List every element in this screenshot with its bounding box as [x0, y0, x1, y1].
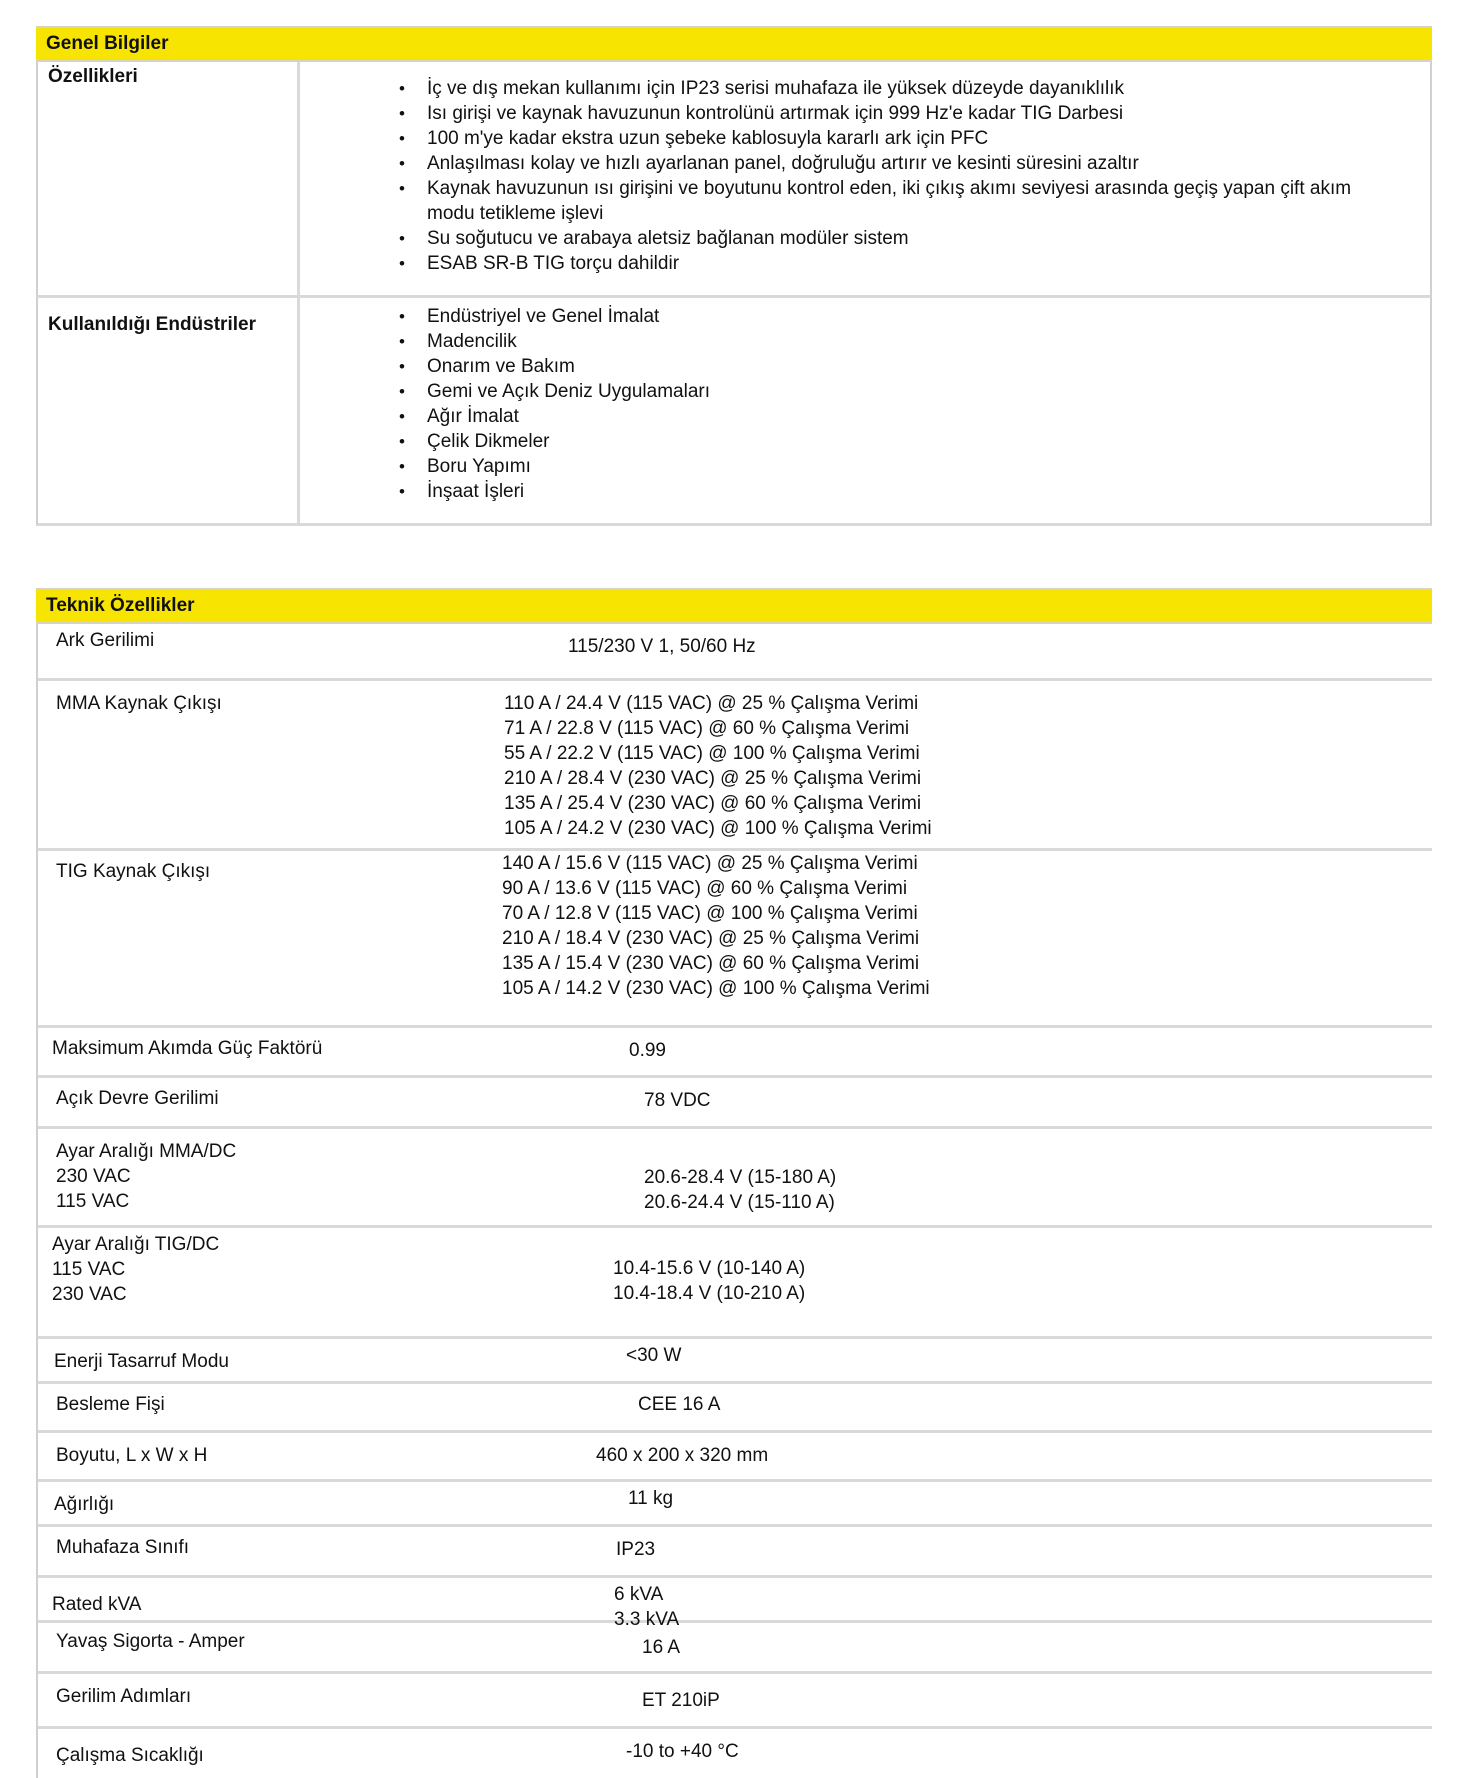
spec-value: 16 A	[642, 1635, 680, 1660]
spec-label: Çalışma Sıcaklığı	[56, 1743, 204, 1768]
spec-value-line: 140 A / 15.6 V (115 VAC) @ 25 % Çalışma …	[502, 851, 930, 876]
spec-value-line: 135 A / 15.4 V (230 VAC) @ 60 % Çalışma …	[502, 951, 930, 976]
spec-row: Ayar Aralığı TIG/DC115 VAC230 VAC10.4-15…	[38, 1228, 1432, 1339]
list-item: Çelik Dikmeler	[399, 429, 1400, 454]
specs-table: Ark Gerilimi115/230 V 1, 50/60 HzMMA Kay…	[36, 624, 1432, 1778]
spec-value-line: 6 kVA	[614, 1582, 679, 1607]
spec-label: Besleme Fişi	[56, 1392, 165, 1417]
spec-row: Rated kVA6 kVA3.3 kVA	[38, 1578, 1432, 1623]
spec-row: Enerji Tasarruf Modu<30 W	[38, 1339, 1432, 1384]
spec-value: 115/230 V 1, 50/60 Hz	[568, 634, 756, 659]
industries-label: Kullanıldığı Endüstriler	[48, 314, 256, 336]
spec-row: MMA Kaynak Çıkışı110 A / 24.4 V (115 VAC…	[38, 681, 1432, 851]
spec-row: Maksimum Akımda Güç Faktörü0.99	[38, 1028, 1432, 1078]
spec-value-line: 135 A / 25.4 V (230 VAC) @ 60 % Çalışma …	[504, 791, 932, 816]
spec-row: Yavaş Sigorta - Amper16 A	[38, 1623, 1432, 1674]
spec-label: Enerji Tasarruf Modu	[54, 1349, 229, 1374]
list-item: Gemi ve Açık Deniz Uygulamaları	[399, 379, 1400, 404]
spec-value: CEE 16 A	[638, 1392, 720, 1417]
spec-value-line: 20.6-24.4 V (15-110 A)	[644, 1190, 836, 1215]
spec-row: Gerilim AdımlarıET 210iP	[38, 1674, 1432, 1729]
spec-label-line: Çalışma Sıcaklığı	[56, 1743, 204, 1768]
spec-value: IP23	[616, 1537, 655, 1562]
spec-label-line: Maksimum Akımda Güç Faktörü	[52, 1036, 322, 1061]
spec-row: Açık Devre Gerilimi78 VDC	[38, 1078, 1432, 1129]
spec-row: Ağırlığı11 kg	[38, 1482, 1432, 1527]
spec-row: Ark Gerilimi115/230 V 1, 50/60 Hz	[38, 624, 1432, 681]
spec-value: 78 VDC	[644, 1088, 711, 1113]
spec-value-line: 110 A / 24.4 V (115 VAC) @ 25 % Çalışma …	[504, 691, 932, 716]
spec-value-line: 10.4-15.6 V (10-140 A)	[613, 1256, 805, 1281]
spec-label-line: TIG Kaynak Çıkışı	[56, 859, 210, 884]
spec-value-line: <30 W	[626, 1343, 681, 1368]
spec-label: Ayar Aralığı TIG/DC115 VAC230 VAC	[52, 1232, 219, 1307]
spec-value-line: 210 A / 28.4 V (230 VAC) @ 25 % Çalışma …	[504, 766, 932, 791]
spec-label-line: Yavaş Sigorta - Amper	[56, 1629, 245, 1654]
spec-value: 0.99	[629, 1038, 666, 1063]
general-info-section: Genel Bilgiler Özellikleri İç ve dış mek…	[36, 26, 1432, 526]
spec-label-line: Ark Gerilimi	[56, 628, 154, 653]
list-item: İnşaat İşleri	[399, 479, 1400, 504]
spec-value-line: 71 A / 22.8 V (115 VAC) @ 60 % Çalışma V…	[504, 716, 932, 741]
spec-row: Besleme FişiCEE 16 A	[38, 1384, 1432, 1433]
industries-row: Kullanıldığı Endüstriler Endüstriyel ve …	[36, 298, 1432, 526]
industries-list: Endüstriyel ve Genel İmalatMadencilikOna…	[399, 304, 1400, 504]
spec-value-line: 20.6-28.4 V (15-180 A)	[644, 1165, 836, 1190]
spec-label-line: 115 VAC	[56, 1189, 236, 1214]
spec-label-line: Ağırlığı	[54, 1492, 114, 1517]
spec-label: Gerilim Adımları	[56, 1684, 191, 1709]
features-row: Özellikleri İç ve dış mekan kullanımı iç…	[36, 62, 1432, 298]
list-item: Onarım ve Bakım	[399, 354, 1400, 379]
list-item: İç ve dış mekan kullanımı için IP23 seri…	[399, 76, 1400, 101]
spec-label: Muhafaza Sınıfı	[56, 1535, 189, 1560]
spec-row: Çalışma Sıcaklığı-10 to +40 °C	[38, 1729, 1432, 1778]
spec-label-line: MMA Kaynak Çıkışı	[56, 691, 222, 716]
spec-value-line: 55 A / 22.2 V (115 VAC) @ 100 % Çalışma …	[504, 741, 932, 766]
spec-value: 20.6-28.4 V (15-180 A)20.6-24.4 V (15-11…	[644, 1165, 836, 1215]
spec-label-line: Ayar Aralığı MMA/DC	[56, 1139, 236, 1164]
spec-label: Rated kVA	[52, 1592, 141, 1617]
spec-value: 10.4-15.6 V (10-140 A)10.4-18.4 V (10-21…	[613, 1256, 805, 1306]
spec-label: Boyutu, L x W x H	[56, 1443, 207, 1468]
spec-value: <30 W	[626, 1343, 681, 1368]
list-item: Endüstriyel ve Genel İmalat	[399, 304, 1400, 329]
spec-value-line: 90 A / 13.6 V (115 VAC) @ 60 % Çalışma V…	[502, 876, 930, 901]
spec-value-line: -10 to +40 °C	[626, 1739, 739, 1764]
spec-value-line: 10.4-18.4 V (10-210 A)	[613, 1281, 805, 1306]
spec-label: Ark Gerilimi	[56, 628, 154, 653]
spec-value-line: 16 A	[642, 1635, 680, 1660]
spec-value-line: 105 A / 14.2 V (230 VAC) @ 100 % Çalışma…	[502, 976, 930, 1001]
spec-row: Boyutu, L x W x H460 x 200 x 320 mm	[38, 1433, 1432, 1482]
spec-label: Ağırlığı	[54, 1492, 114, 1517]
features-label: Özellikleri	[48, 66, 138, 88]
list-item: ESAB SR-B TIG torçu dahildir	[399, 251, 1400, 276]
list-item: 100 m'ye kadar ekstra uzun şebeke kablos…	[399, 126, 1400, 151]
spec-row: TIG Kaynak Çıkışı140 A / 15.6 V (115 VAC…	[38, 851, 1432, 1028]
spec-value: 460 x 200 x 320 mm	[596, 1443, 768, 1468]
spec-value-line: ET 210iP	[642, 1688, 720, 1713]
list-item: Ağır İmalat	[399, 404, 1400, 429]
column-divider	[297, 62, 300, 295]
spec-value-line: 70 A / 12.8 V (115 VAC) @ 100 % Çalışma …	[502, 901, 930, 926]
spec-label-line: 230 VAC	[52, 1282, 219, 1307]
spec-label-line: Boyutu, L x W x H	[56, 1443, 207, 1468]
list-item: Kaynak havuzunun ısı girişini ve boyutun…	[399, 176, 1400, 226]
spec-value: ET 210iP	[642, 1688, 720, 1713]
spec-label-line: Enerji Tasarruf Modu	[54, 1349, 229, 1374]
list-item: Madencilik	[399, 329, 1400, 354]
column-divider	[297, 298, 300, 523]
spec-label-line: Ayar Aralığı TIG/DC	[52, 1232, 219, 1257]
spec-label: Ayar Aralığı MMA/DC230 VAC115 VAC	[56, 1139, 236, 1214]
features-list: İç ve dış mekan kullanımı için IP23 seri…	[399, 76, 1400, 276]
spec-value-line: IP23	[616, 1537, 655, 1562]
spec-value: 110 A / 24.4 V (115 VAC) @ 25 % Çalışma …	[504, 691, 932, 841]
list-item: Isı girişi ve kaynak havuzunun kontrolün…	[399, 101, 1400, 126]
spec-label: Maksimum Akımda Güç Faktörü	[52, 1036, 322, 1061]
list-item: Boru Yapımı	[399, 454, 1400, 479]
spec-value-line: 78 VDC	[644, 1088, 711, 1113]
spec-value-line: CEE 16 A	[638, 1392, 720, 1417]
spec-row: Muhafaza SınıfıIP23	[38, 1527, 1432, 1578]
spec-value: 140 A / 15.6 V (115 VAC) @ 25 % Çalışma …	[502, 851, 930, 1001]
spec-label-line: 115 VAC	[52, 1257, 219, 1282]
list-item: Su soğutucu ve arabaya aletsiz bağlanan …	[399, 226, 1400, 251]
spec-label: Yavaş Sigorta - Amper	[56, 1629, 245, 1654]
spec-value-line: 460 x 200 x 320 mm	[596, 1443, 768, 1468]
spec-label: Açık Devre Gerilimi	[56, 1086, 219, 1111]
list-item: Anlaşılması kolay ve hızlı ayarlanan pan…	[399, 151, 1400, 176]
spec-value: 11 kg	[628, 1486, 673, 1511]
spec-value-line: 0.99	[629, 1038, 666, 1063]
general-info-header: Genel Bilgiler	[36, 26, 1432, 62]
spec-label-line: Rated kVA	[52, 1592, 141, 1617]
spec-value: -10 to +40 °C	[626, 1739, 739, 1764]
technical-specs-header: Teknik Özellikler	[36, 588, 1432, 624]
spec-value-line: 115/230 V 1, 50/60 Hz	[568, 634, 756, 659]
spec-value-line: 105 A / 24.2 V (230 VAC) @ 100 % Çalışma…	[504, 816, 932, 841]
spec-label-line: Gerilim Adımları	[56, 1684, 191, 1709]
spec-label-line: Besleme Fişi	[56, 1392, 165, 1417]
spec-label-line: 230 VAC	[56, 1164, 236, 1189]
spec-value-line: 210 A / 18.4 V (230 VAC) @ 25 % Çalışma …	[502, 926, 930, 951]
spec-label: MMA Kaynak Çıkışı	[56, 691, 222, 716]
spec-row: Ayar Aralığı MMA/DC230 VAC115 VAC20.6-28…	[38, 1129, 1432, 1228]
technical-specs-section: Teknik Özellikler Ark Gerilimi115/230 V …	[36, 588, 1432, 1778]
spec-value-line: 11 kg	[628, 1486, 673, 1511]
spec-label-line: Muhafaza Sınıfı	[56, 1535, 189, 1560]
spec-label: TIG Kaynak Çıkışı	[56, 859, 210, 884]
spec-label-line: Açık Devre Gerilimi	[56, 1086, 219, 1111]
